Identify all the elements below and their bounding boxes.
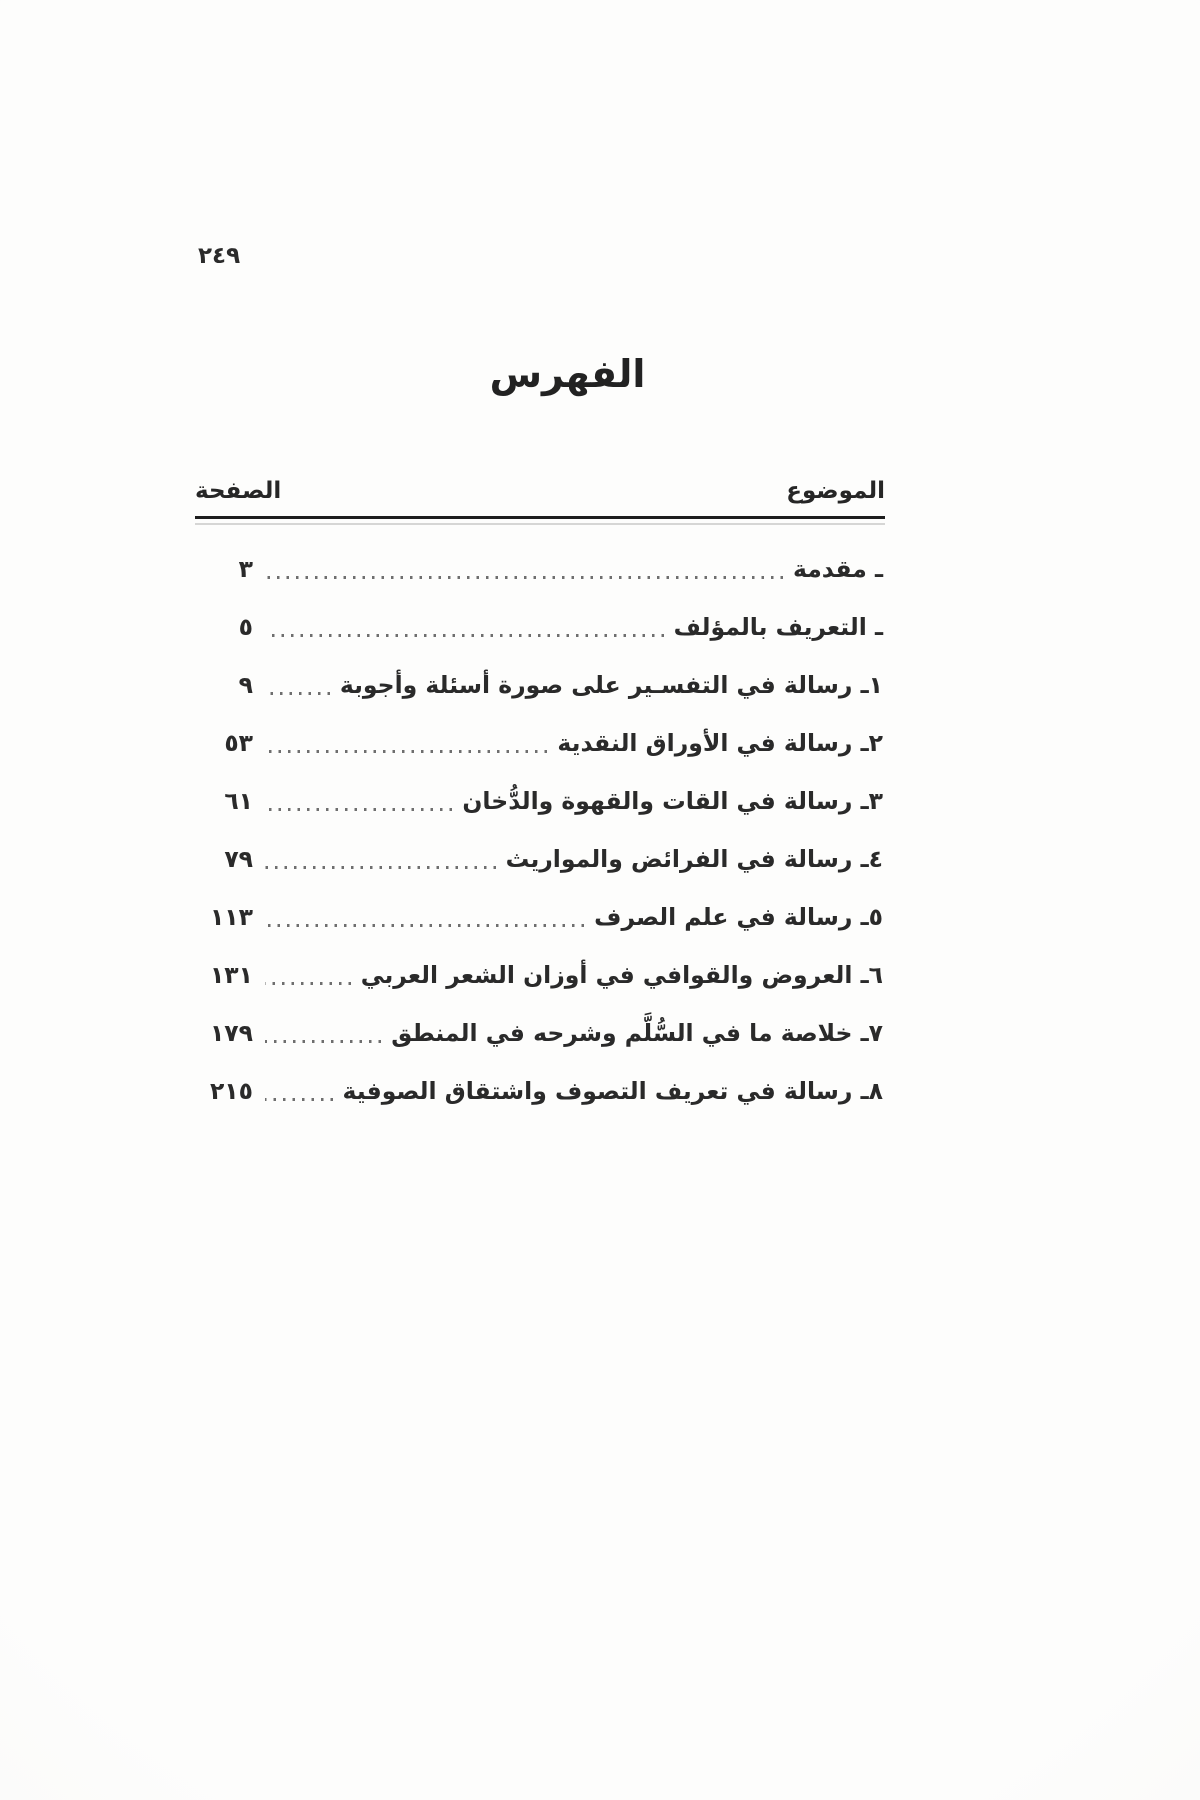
toc-entry-title: ٦ـ العروض والقوافي في أوزان الشعر العربي [361, 961, 885, 989]
dotted-leader [265, 750, 547, 753]
toc-entry-page: ٦١ [195, 787, 253, 815]
toc-entry-title: ٨ـ رسالة في تعريف التصوف واشتقاق الصوفية [343, 1077, 885, 1105]
header-rule-echo [195, 523, 885, 525]
toc-row: ٦ـ العروض والقوافي في أوزان الشعر العربي… [195, 946, 885, 1004]
dotted-leader [265, 866, 496, 869]
toc-entry-title: ٥ـ رسالة في علم الصرف [594, 903, 885, 931]
toc-row: ـ التعريف بالمؤلف ٥ [195, 598, 885, 656]
toc-entry-page: ١٣١ [195, 961, 253, 989]
dotted-leader [265, 808, 452, 811]
toc-entry-title: ٧ـ خلاصة ما في السُّلَّم وشرحه في المنطق [391, 1019, 885, 1047]
toc-entry-page: ٥٣ [195, 729, 253, 757]
toc-entry-page: ٧٩ [195, 845, 253, 873]
toc-entry-title: ١ـ رسالة في التفسـير على صورة أسئلة وأجو… [340, 671, 885, 699]
dotted-leader [265, 1040, 381, 1043]
column-header-page: الصفحة [195, 478, 281, 504]
toc-list: ـ مقدمة ٣ ـ التعريف بالمؤلف ٥ ١ـ رسالة ف… [195, 540, 885, 1120]
toc-entry-page: ٩ [195, 671, 253, 699]
toc-row: ٤ـ رسالة في الفرائض والمواريث ٧٩ [195, 830, 885, 888]
toc-row: ٢ـ رسالة في الأوراق النقدية ٥٣ [195, 714, 885, 772]
toc-row: ٥ـ رسالة في علم الصرف ١١٣ [195, 888, 885, 946]
dotted-leader [265, 982, 351, 985]
folio-page-number: ٢٤٩ [198, 243, 240, 269]
dotted-leader [265, 576, 783, 579]
toc-entry-page: ١١٣ [195, 903, 253, 931]
page-content: ٢٤٩ الفهرس الموضوع الصفحة ـ مقدمة ٣ ـ ال… [195, 0, 885, 1800]
dotted-leader [265, 1098, 333, 1101]
toc-entry-title: ٤ـ رسالة في الفرائض والمواريث [506, 845, 885, 873]
scanned-book-page: { "page": { "corner_page_number": "٢٤٩",… [0, 0, 1200, 1800]
toc-row: ٨ـ رسالة في تعريف التصوف واشتقاق الصوفية… [195, 1062, 885, 1120]
toc-entry-page: ٣ [195, 555, 253, 583]
toc-entry-title: ٢ـ رسالة في الأوراق النقدية [557, 729, 885, 757]
toc-entry-page: ١٧٩ [195, 1019, 253, 1047]
toc-row: ٣ـ رسالة في القات والقهوة والدُّخان ٦١ [195, 772, 885, 830]
toc-title: الفهرس [195, 352, 885, 396]
column-header-subject: الموضوع [786, 478, 885, 504]
toc-entry-title: ٣ـ رسالة في القات والقهوة والدُّخان [462, 787, 885, 815]
toc-entry-title: ـ مقدمة [793, 555, 885, 583]
toc-entry-page: ٢١٥ [195, 1077, 253, 1105]
dotted-leader [265, 634, 664, 637]
toc-entry-page: ٥ [195, 613, 253, 641]
toc-row: ١ـ رسالة في التفسـير على صورة أسئلة وأجو… [195, 656, 885, 714]
toc-entry-title: ـ التعريف بالمؤلف [674, 613, 885, 641]
header-rule [195, 516, 885, 519]
toc-column-headers: الموضوع الصفحة [195, 478, 885, 508]
toc-row: ٧ـ خلاصة ما في السُّلَّم وشرحه في المنطق… [195, 1004, 885, 1062]
dotted-leader [265, 692, 330, 695]
toc-row: ـ مقدمة ٣ [195, 540, 885, 598]
dotted-leader [265, 924, 584, 927]
